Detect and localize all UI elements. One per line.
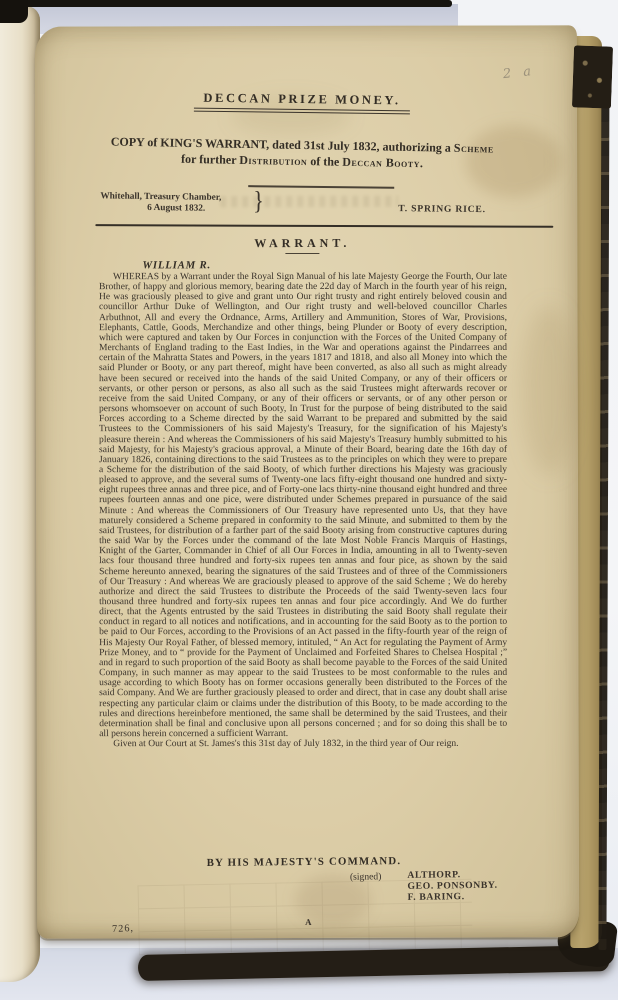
warrant-closing: Given at Our Court at St. James's this 3… [99,739,507,749]
text-segment: . [420,156,423,170]
text-segment: Distribution [239,152,307,167]
text-segment: for further [181,151,239,166]
facing-page-edge [0,6,40,982]
marbled-cover-corner [572,45,613,108]
dateline-date: 6 August 1832. [100,202,252,214]
warrant-heading-rule [285,253,319,254]
gathering-signature-mark: A [305,917,311,927]
royal-sign-manual: WILLIAM R. [142,259,211,271]
text-segment: Scheme [454,141,494,156]
document-title-block: DECCAN PRIZE MONEY. [98,89,506,116]
command-line: BY HIS MAJESTY'S COMMAND. [100,854,508,870]
text-segment: Deccan Booty [342,154,420,169]
footer-number: 726, [112,923,134,935]
book-cover-right-edge [598,54,609,950]
treasury-signature: T. SPRING RICE. [398,203,486,215]
printed-content: DECCAN PRIZE MONEY. COPY of KING'S WARRA… [98,25,508,938]
title-double-rule [194,108,410,115]
dateline-block: Whitehall, Treasury Chamber, 6 August 18… [100,191,252,214]
book-cover-top-edge [0,0,452,7]
book-cover-corner [0,0,28,23]
warrant-heading: WARRANT. [98,235,506,251]
text-segment: of the [307,154,342,169]
dateline-place: Whitehall, Treasury Chamber, [100,191,252,203]
scanned-book-photo: 2 a DECCAN PRIZE MONEY. COPY of KING'S W… [0,0,618,1000]
dateline-brace: } [253,188,264,214]
handwritten-note: 2 a [502,64,536,82]
paper-stain [522,305,576,475]
warrant-paragraph: WHEREAS by a Warrant under the Royal Sig… [99,272,507,739]
warrant-body: WHEREAS by a Warrant under the Royal Sig… [99,272,507,750]
document-page: 2 a DECCAN PRIZE MONEY. COPY of KING'S W… [35,25,579,938]
subtitle-rule [248,185,394,188]
document-subtitle: COPY of KING'S WARRANT, dated 31st July … [98,134,506,172]
header-rule [95,224,553,228]
document-title: DECCAN PRIZE MONEY. [98,89,506,109]
